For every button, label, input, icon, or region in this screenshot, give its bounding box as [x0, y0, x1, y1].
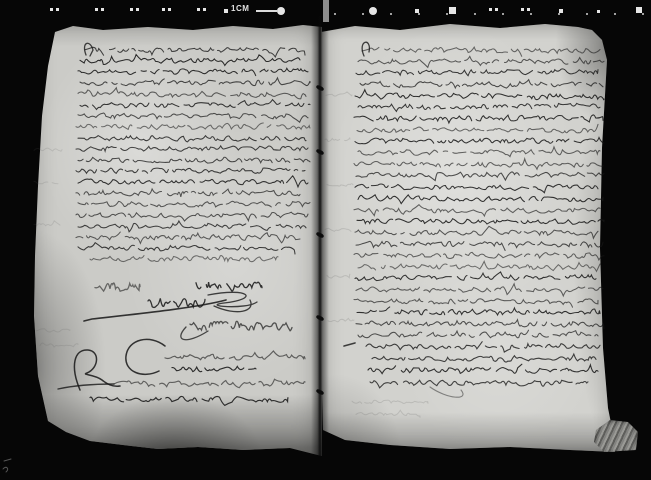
microfilm-frame: 1CM: [0, 0, 651, 480]
film-marker-dot: [530, 13, 532, 15]
film-marker-dot: [642, 13, 644, 15]
stitch-mark: [316, 148, 325, 155]
film-marker-dot: [502, 13, 504, 15]
film-marker-square: [56, 8, 59, 11]
left-page: [28, 16, 322, 456]
stitch-mark: [316, 84, 325, 91]
film-marker-dot: [390, 13, 392, 15]
film-marker-square: [489, 8, 492, 11]
film-marker-square: [162, 8, 165, 11]
binding-gutter: [311, 16, 329, 456]
film-marker-dot: [614, 13, 616, 15]
film-marker-dot: [474, 13, 476, 15]
film-marker-dot: [334, 13, 336, 15]
film-marker-square: [130, 8, 133, 11]
film-marker-dot: [446, 13, 448, 15]
scale-label: 1CM: [231, 4, 249, 13]
film-strip: 1CM: [0, 0, 651, 24]
film-marker-square: [449, 7, 456, 14]
right-page: [320, 18, 618, 456]
film-marker-circle: [277, 7, 285, 15]
film-marker-square: [495, 8, 498, 11]
film-marker-square: [168, 8, 171, 11]
film-marker-square: [95, 8, 98, 11]
film-marker-dot: [418, 13, 420, 15]
film-splice-bar: [323, 0, 329, 22]
film-marker-dot: [586, 13, 588, 15]
film-marker-circle: [369, 7, 377, 15]
scale-line: [256, 10, 277, 12]
film-marker-square: [50, 8, 53, 11]
film-marker-square: [203, 8, 206, 11]
film-marker-square: [136, 8, 139, 11]
film-marker-dot: [362, 13, 364, 15]
stitch-mark: [316, 314, 325, 321]
film-marker-square: [521, 8, 524, 11]
film-marker-square: [101, 8, 104, 11]
signature-flourish: [3, 459, 11, 472]
stitch-mark: [316, 231, 325, 238]
film-marker-square: [527, 8, 530, 11]
film-marker-dot: [558, 13, 560, 15]
stitch-mark: [316, 388, 325, 395]
film-marker-square: [197, 8, 200, 11]
film-marker-square: [224, 9, 228, 13]
film-marker-square: [597, 10, 600, 13]
